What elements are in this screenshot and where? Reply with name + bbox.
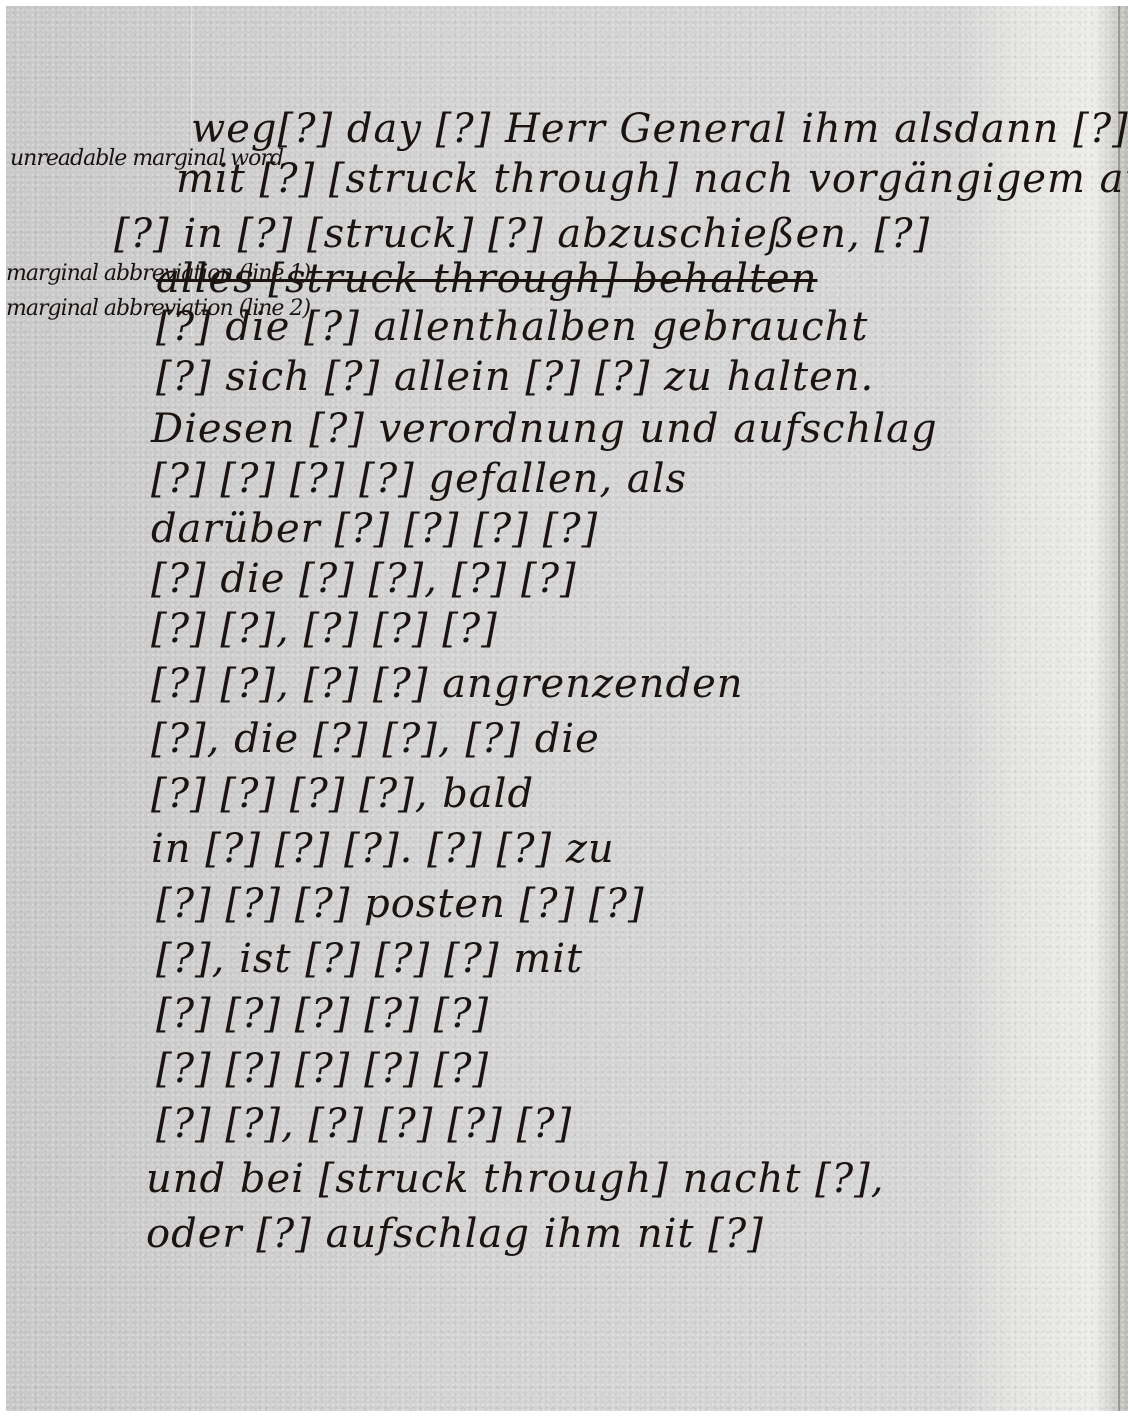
manuscript-line: weg[?] day [?] Herr General ihm alsdann … xyxy=(191,106,1128,152)
manuscript-line: in [?] [?] [?]. [?] [?] zu xyxy=(151,826,615,872)
manuscript-line: [?] [?] [?] [?] gefallen, als xyxy=(151,456,687,502)
manuscript-line: [?] [?] [?] [?], bald xyxy=(151,771,534,817)
manuscript-line: [?] [?], [?] [?] angrenzenden xyxy=(151,661,744,707)
manuscript-page: unreadable marginal word marginal abbrev… xyxy=(6,6,1128,1411)
manuscript-line: [?] in [?] [struck] [?] abzuschießen, [?… xyxy=(114,211,930,257)
manuscript-line: und bei [struck through] nacht [?], xyxy=(146,1156,885,1202)
manuscript-line: [?] [?], [?] [?] [?] [?] xyxy=(156,1101,572,1147)
manuscript-line: [?] die [?] allenthalben gebraucht xyxy=(156,304,868,350)
binding-edge xyxy=(1118,6,1120,1411)
manuscript-line: darüber [?] [?] [?] [?] xyxy=(151,506,598,552)
manuscript-line: [?], ist [?] [?] [?] mit xyxy=(156,936,583,982)
manuscript-line: Diesen [?] verordnung und aufschlag xyxy=(151,406,938,452)
manuscript-line: [?] [?] [?] posten [?] [?] xyxy=(156,881,645,927)
manuscript-line: oder [?] aufschlag ihm nit [?] xyxy=(146,1211,764,1257)
manuscript-line: [?], die [?] [?], [?] die xyxy=(151,716,600,762)
manuscript-line: [?] [?] [?] [?] [?] xyxy=(156,991,489,1037)
manuscript-line: mit [?] [struck through] nach vorgängige… xyxy=(176,156,1128,202)
manuscript-line: [?] sich [?] allein [?] [?] zu halten. xyxy=(156,354,874,400)
manuscript-line: [?] [?] [?] [?] [?] xyxy=(156,1046,489,1092)
manuscript-line: alles [struck through] behalten xyxy=(156,256,817,302)
manuscript-line: [?] [?], [?] [?] [?] xyxy=(151,606,498,652)
manuscript-line: [?] die [?] [?], [?] [?] xyxy=(151,556,577,602)
